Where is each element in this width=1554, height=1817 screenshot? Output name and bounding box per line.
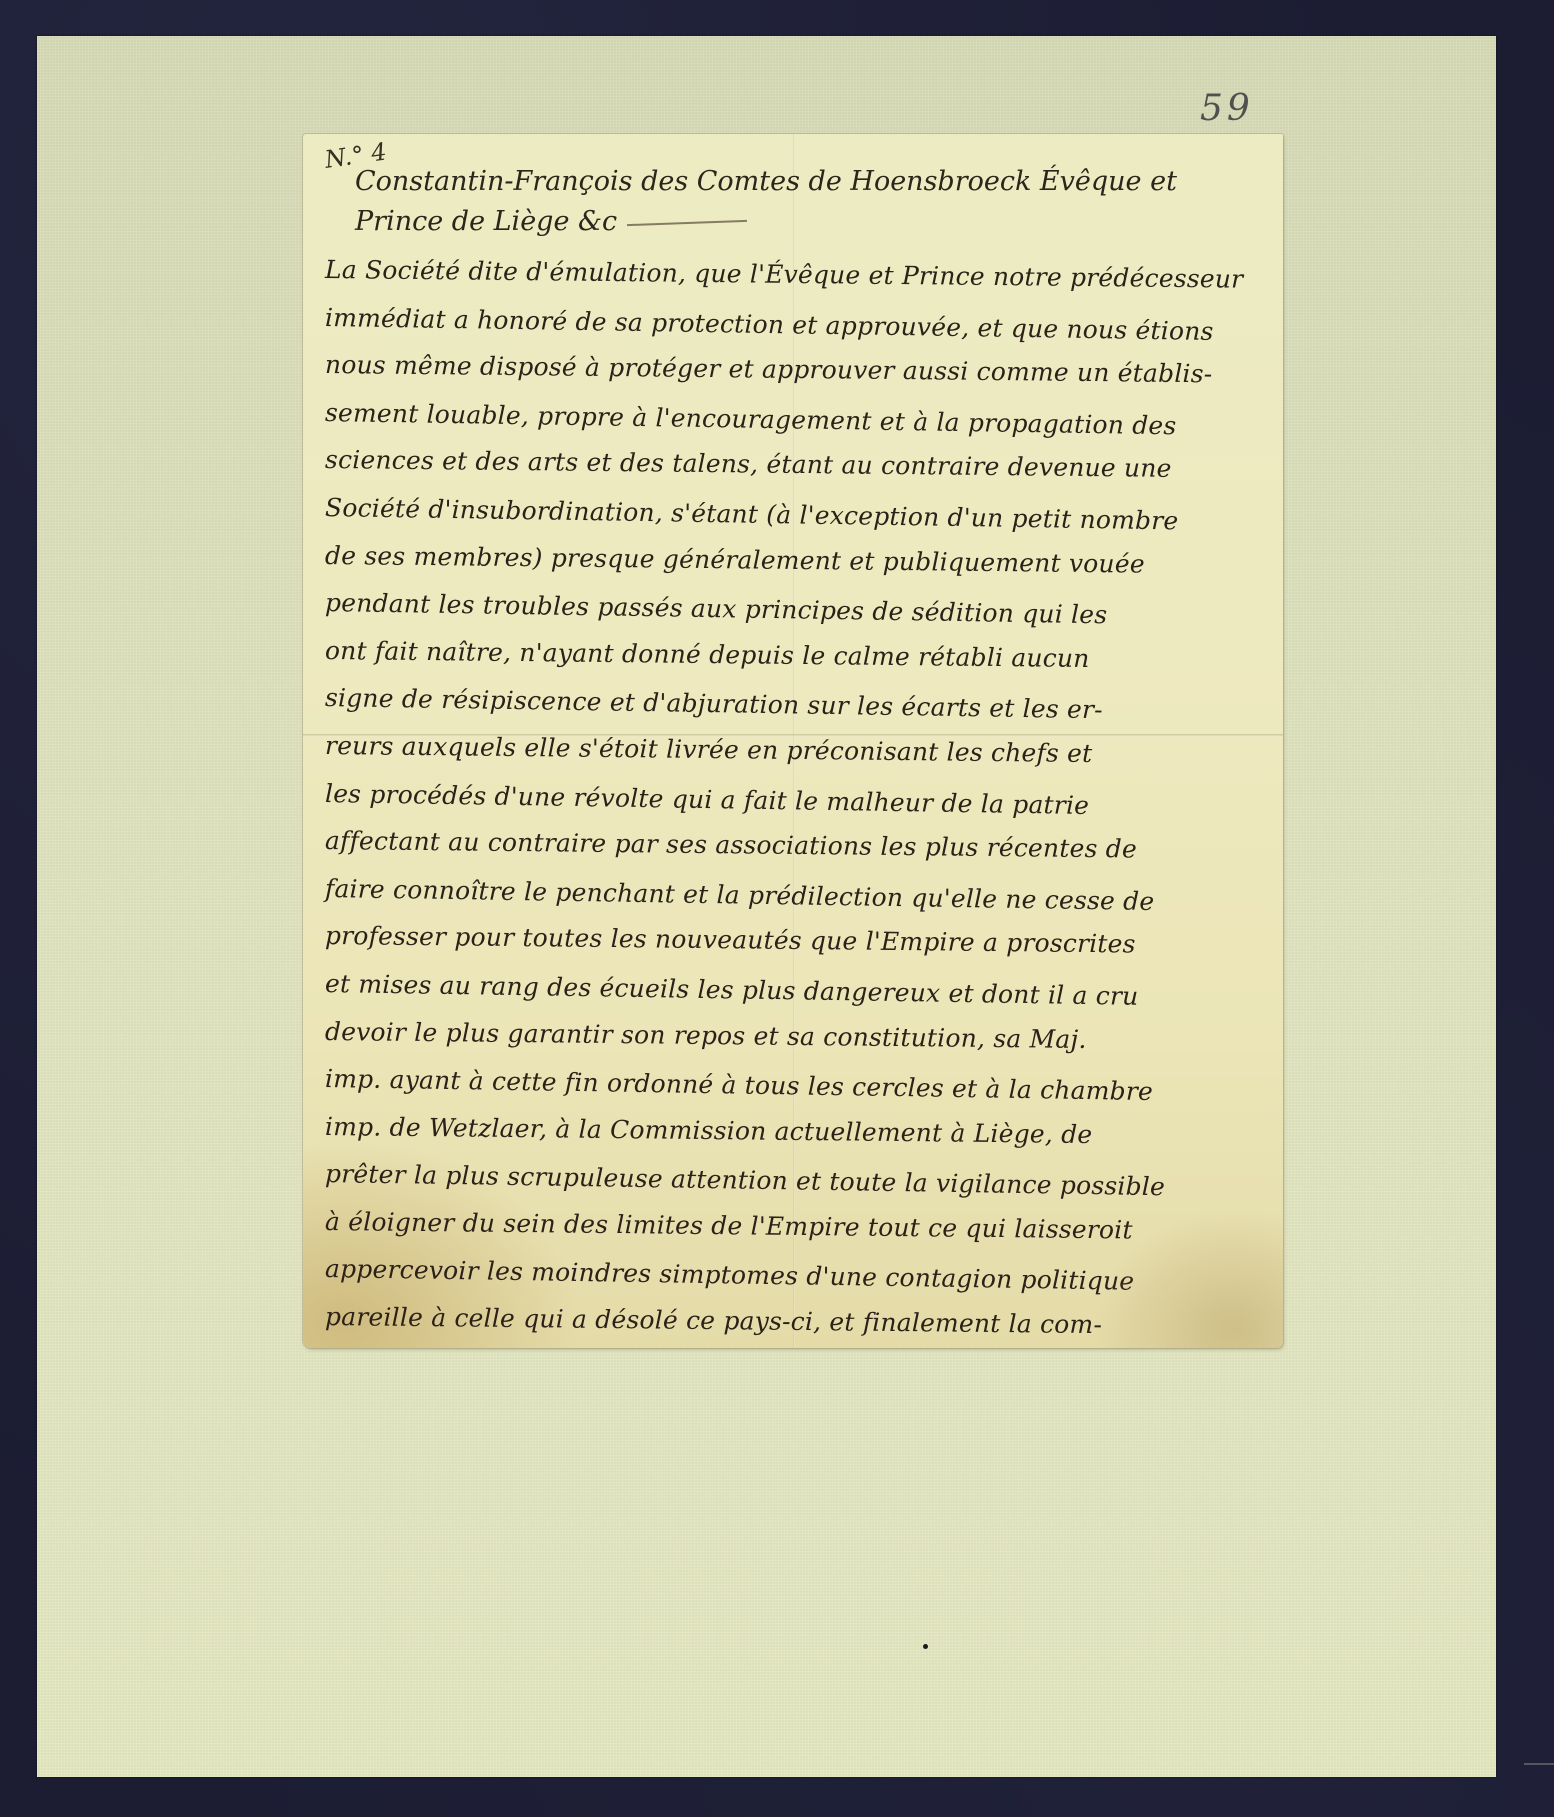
heading-line-1: Constantin-François des Comtes de Hoensb… (355, 166, 1177, 197)
scan-edge-mark (1524, 1763, 1554, 1765)
body-line: reurs auxquels elle s'étoit livrée en pr… (325, 722, 1275, 780)
body-line: professer pour toutes les nouveautés que… (325, 912, 1275, 970)
folio-number: 59 (1200, 88, 1254, 129)
letter-heading: Constantin-François des Comtes de Hoensb… (355, 162, 1275, 242)
heading-line-2-text: Prince de Liège &c (355, 206, 617, 237)
heading-line-2: Prince de Liège &c (355, 202, 1275, 242)
body-line: La Société dite d'émulation, que l'Évêqu… (325, 246, 1275, 304)
ink-dot-mark (923, 1644, 928, 1649)
letter-body: La Société dite d'émulation, que l'Évêqu… (325, 246, 1275, 1348)
body-line: affectant au contraire par ses associati… (325, 817, 1275, 875)
flourish-underline (627, 219, 747, 225)
manuscript-letter: N.° 4 Constantin-François des Comtes de … (303, 134, 1283, 1348)
body-line: nous même disposé à protéger et approuve… (325, 341, 1275, 399)
body-line: pareille à celle qui a désolé ce pays-ci… (325, 1293, 1275, 1348)
